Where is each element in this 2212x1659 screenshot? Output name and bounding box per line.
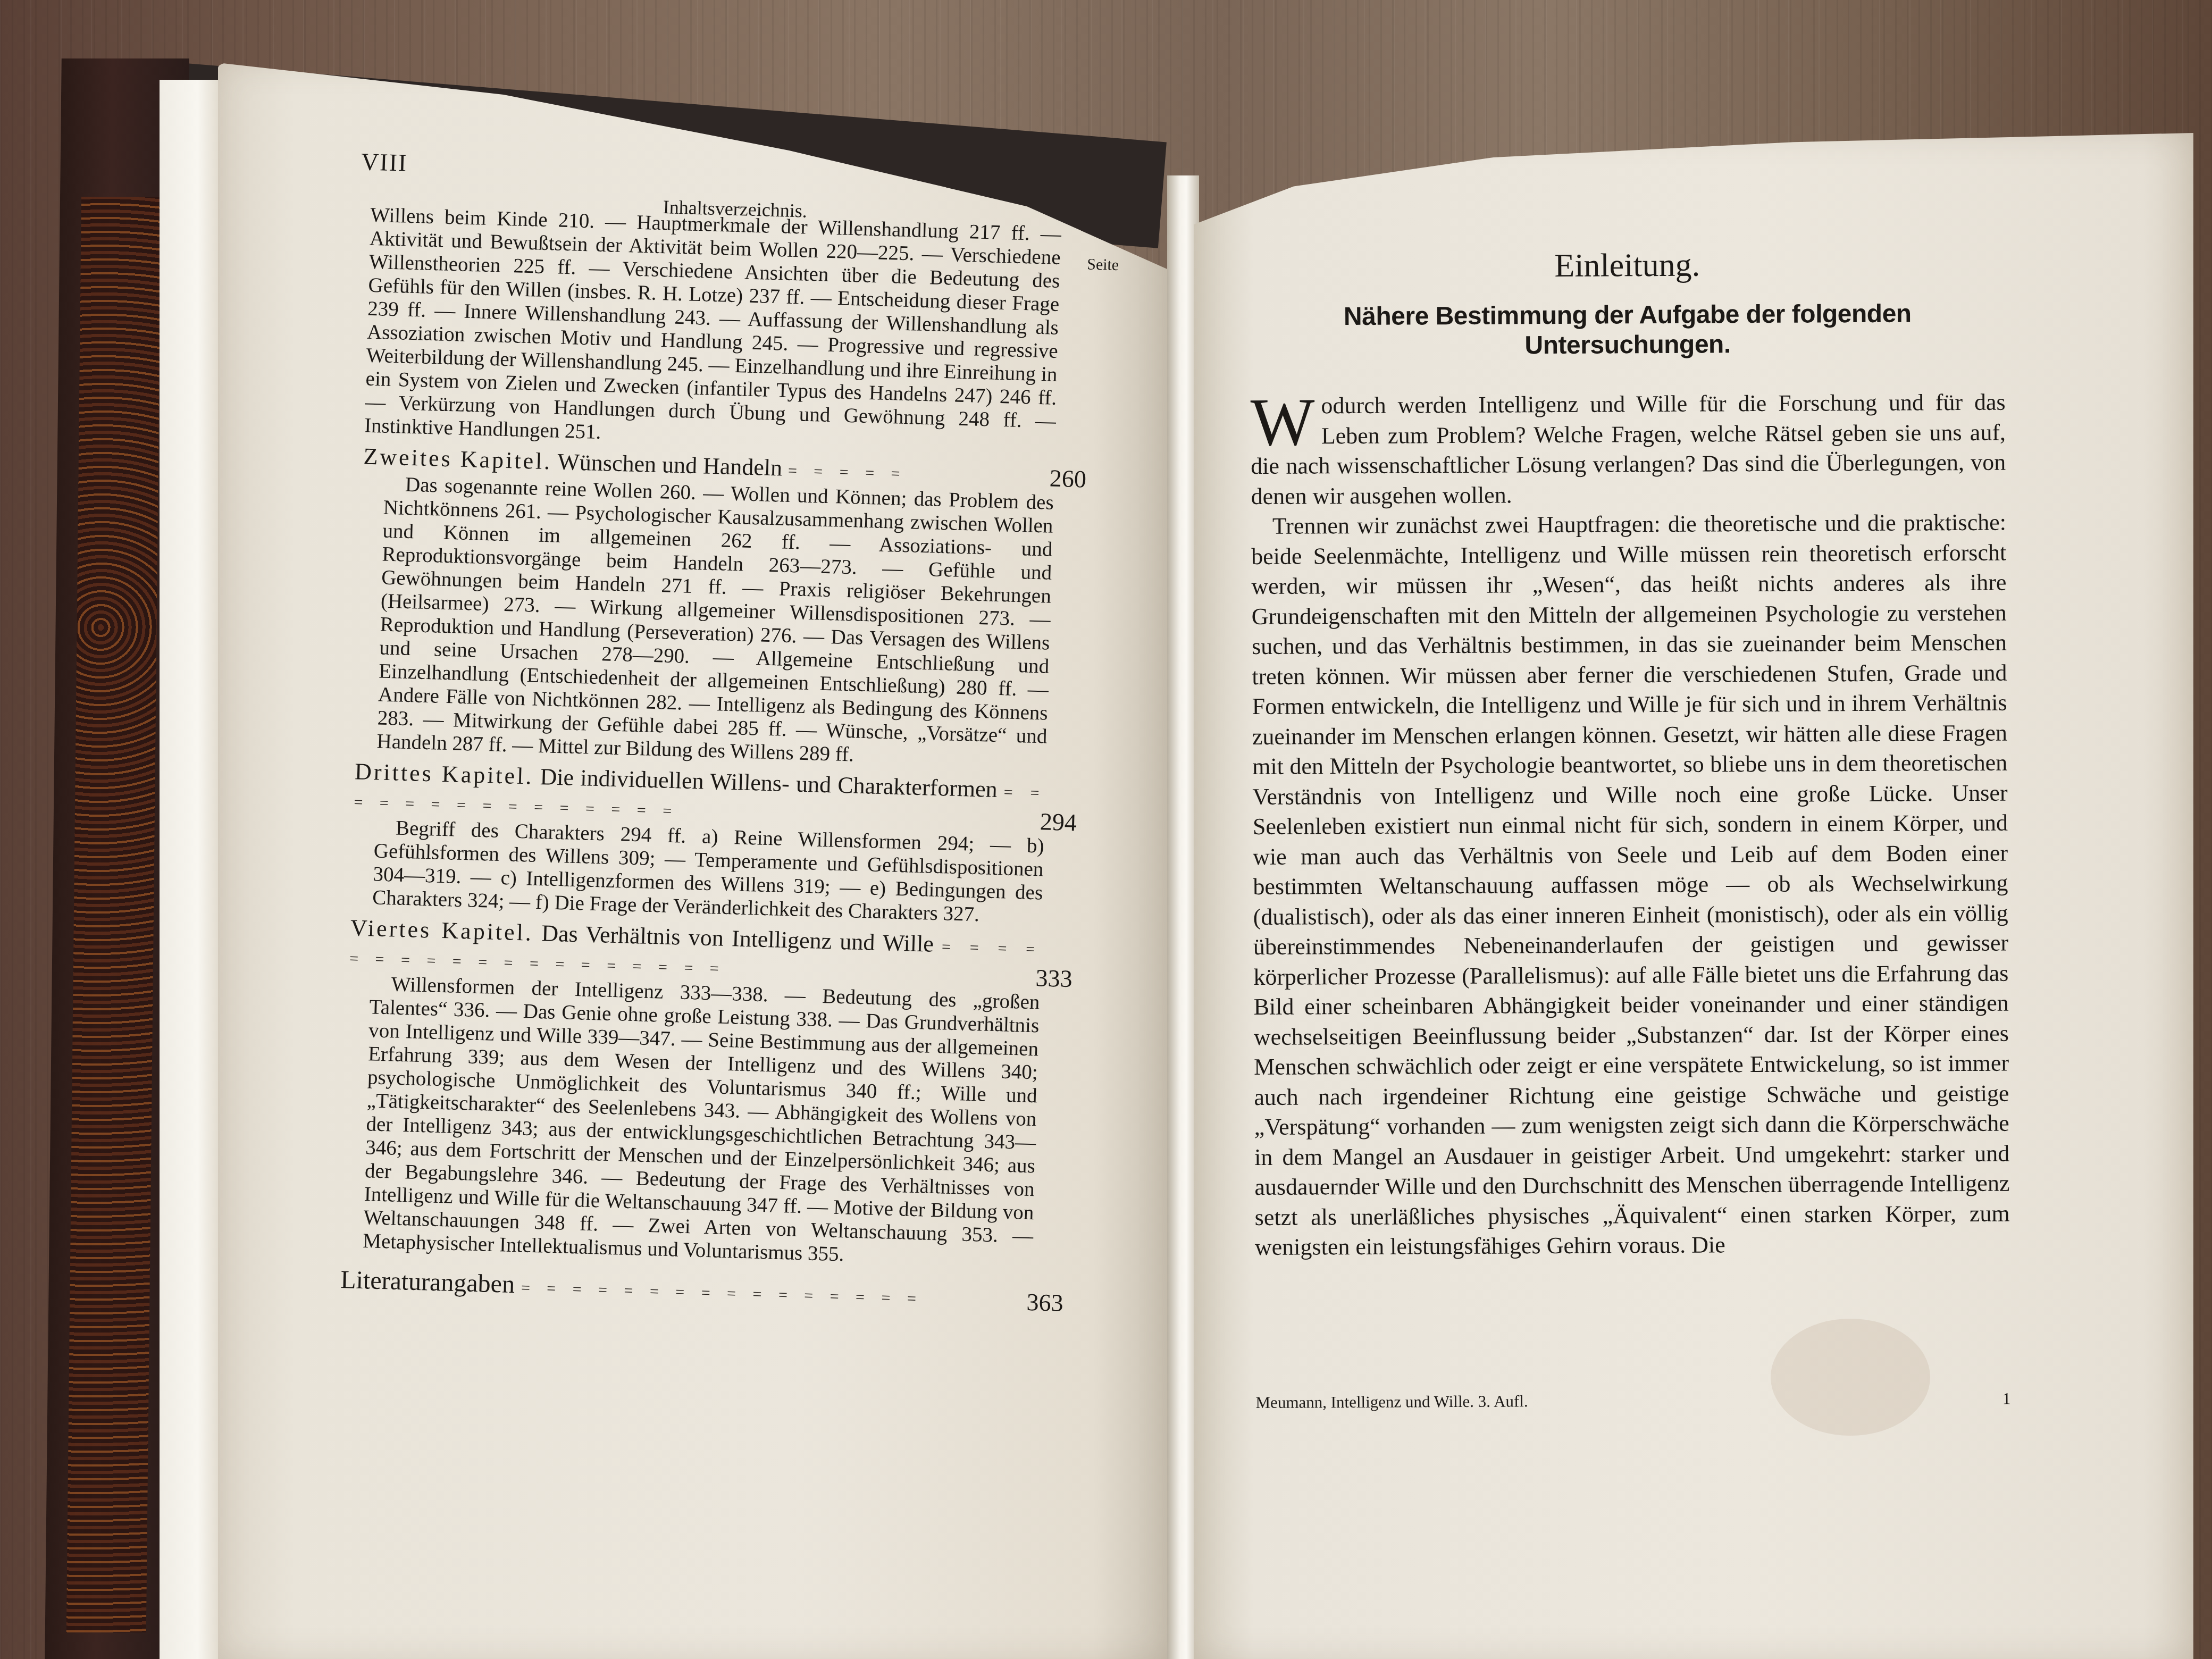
chapter-page: 260 [1049,466,1086,492]
drop-cap: W [1251,394,1315,450]
column-label-seite: Seite [1087,255,1119,274]
signature-mark: 1 [2002,1389,2011,1409]
page-footer: Meumann, Intelligenz und Wille. 3. Aufl.… [1255,1389,2010,1412]
paragraph-2: Trennen wir zunächst zwei Hauptfragen: d… [1251,508,2010,1263]
chapter-label: Zweites Kapitel. [363,443,552,475]
chapter-2-summary: Das sogenannte reine Wollen 260. — Wolle… [355,472,1054,772]
chapter-4-summary: Willensformen der Intelligenz 333—338. —… [341,971,1040,1271]
paragraph-1: Wodurch werden Intelligenz und Wille für… [1251,388,2006,512]
toc-body: Willens beim Kinde 210. — Hauptmerkmale … [340,204,1062,1315]
endpaper-left [160,80,223,1659]
chapter-title: Wünschen und Handeln [557,449,783,481]
paragraph-1-text: odurch werden Intelligenz und Wille für … [1251,389,2006,509]
chapter-title: Das Verhältnis von Intelligenz und Wille [541,920,934,957]
section-subheading: Nähere Bestimmung der Aufgabe der folgen… [1250,299,2006,362]
page-number: VIII [361,147,408,177]
introduction-page: Einleitung. Nähere Bestimmung der Aufgab… [1250,230,2010,1263]
chapter-3-summary: Begriff des Charakters 294 ff. a) Reine … [351,815,1044,928]
chapter-page: 333 [1035,965,1073,992]
literature-label: Literaturangaben [340,1266,515,1298]
paper-stain [1771,1319,1930,1436]
chapter-label: Viertes Kapitel. [350,915,533,946]
chapter-title: Die individuellen Willens- und Charakter… [540,764,998,802]
chapter-page: 294 [1040,809,1077,835]
leader-dots: = = = = = [787,462,906,483]
chapter-heading: Einleitung. [1250,245,2005,287]
toc-continuation: Willens beim Kinde 210. — Hauptmerkmale … [364,204,1062,457]
chapter-label: Drittes Kapitel. [354,758,534,789]
footer-citation: Meumann, Intelligenz und Wille. 3. Aufl. [1255,1392,1528,1412]
literature-page: 363 [1026,1289,1063,1316]
marbled-edge [66,197,161,1632]
body-text: Wodurch werden Intelligenz und Wille für… [1251,388,2010,1263]
